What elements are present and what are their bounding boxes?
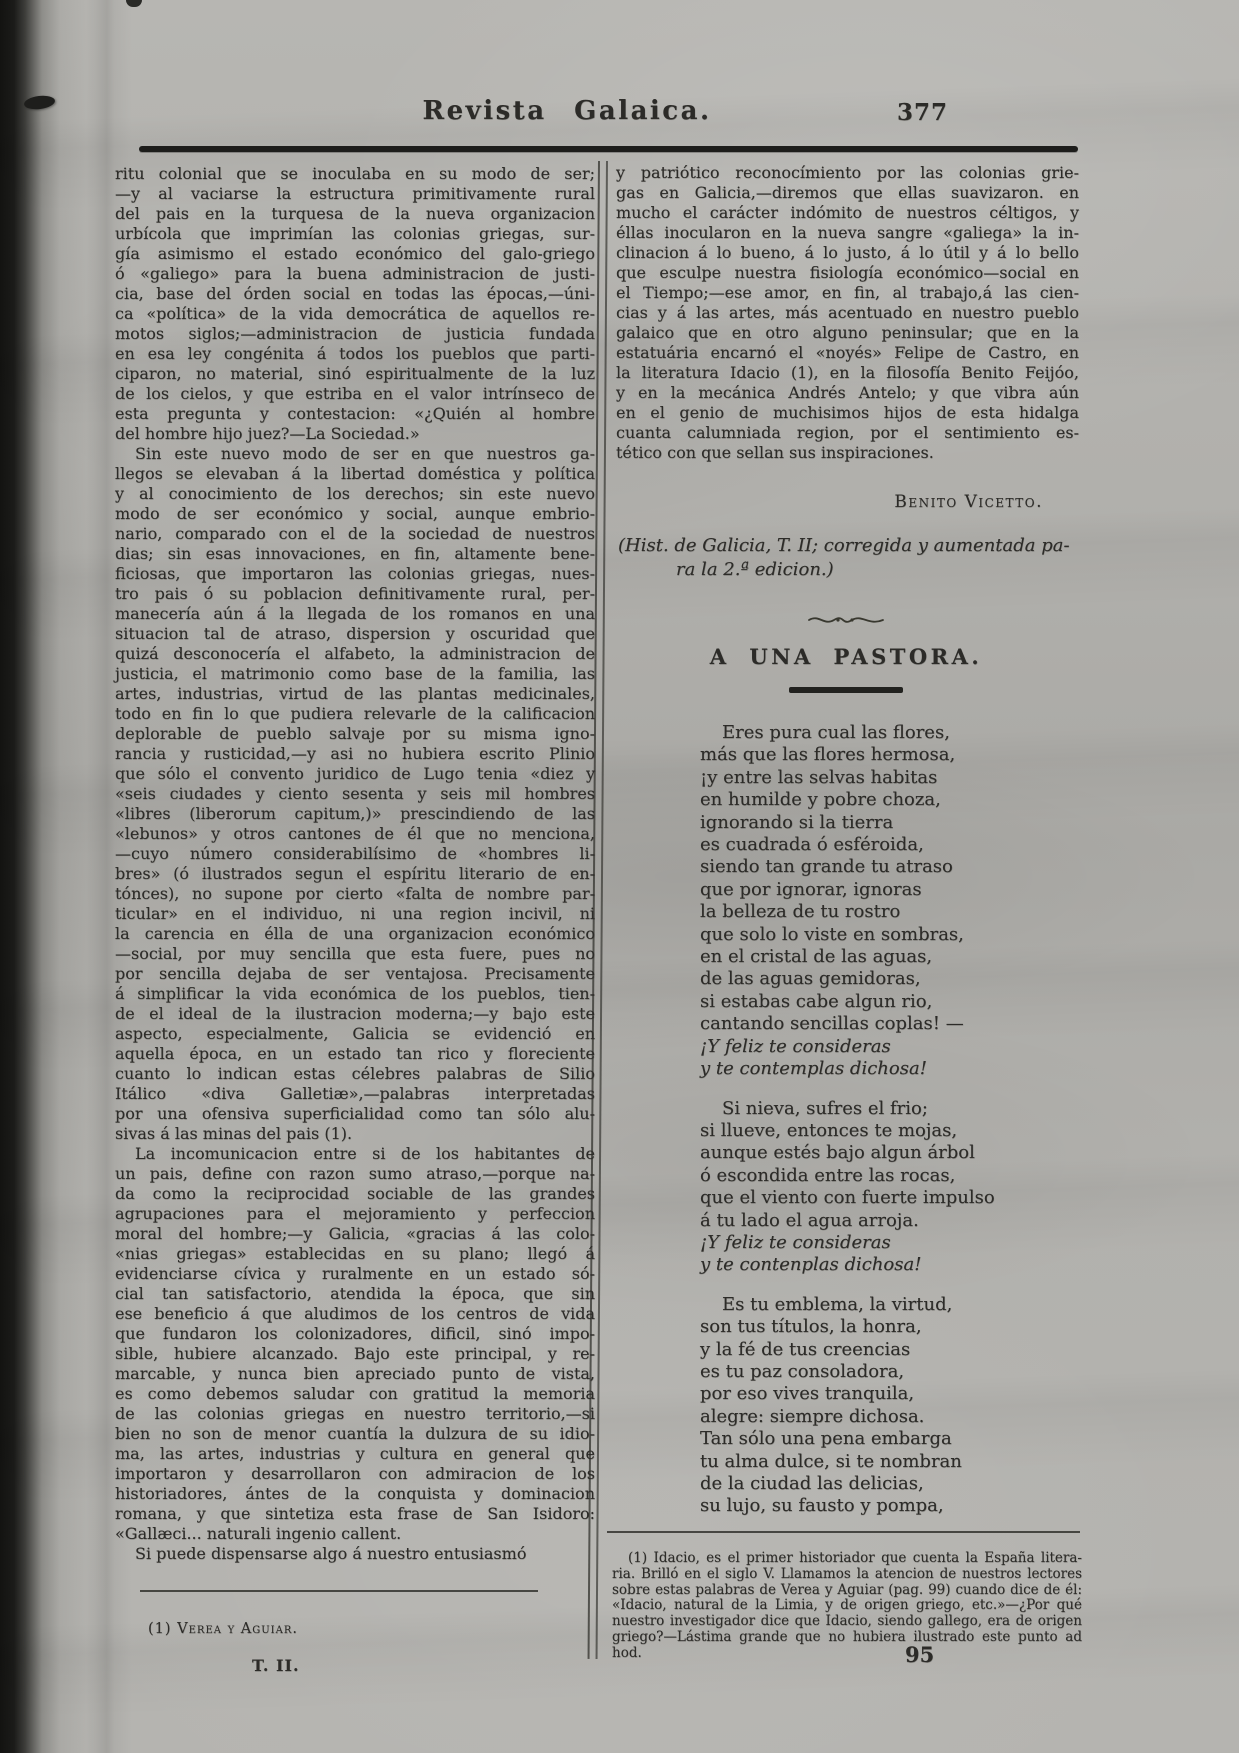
poem-body: Eres pura cual las flores,más que las fl… — [700, 722, 1070, 1535]
source-citation: (Hist. de Galicia, T. II; corregida y au… — [618, 534, 1080, 582]
poem-line: Es tu emblema, la virtud, — [700, 1294, 1070, 1316]
text-line: de los cielos, y que estriba en el valor… — [115, 384, 595, 404]
text-line: á simplificar la vida económica de los p… — [115, 984, 595, 1004]
footnote-line: nuestro investigador dice que Idacio, si… — [612, 1614, 1082, 1630]
text-line: Itálico «diva Galletiæ»,—palabras interp… — [115, 1084, 595, 1104]
text-line: esta pregunta y contestacion: «¿Quién al… — [115, 404, 595, 424]
poem-line: cantando sencillas coplas! — — [700, 1013, 1070, 1035]
text-line: y en la mecánica Andrés Antelo; y que vi… — [616, 383, 1079, 403]
text-line: romana, y que sintetiza esta frase de Sa… — [115, 1504, 595, 1524]
poem-line: de la ciudad las delicias, — [700, 1473, 1070, 1495]
text-line: moral del hombre;—y Galicia, «gracias á … — [115, 1224, 595, 1244]
poem-stanza: Eres pura cual las flores,más que las fl… — [700, 722, 1070, 1081]
footnote-line: «Idacio, natural de la Limia, y de orige… — [612, 1598, 1082, 1614]
poem-line: Si nieva, sufres el frio; — [700, 1098, 1070, 1120]
text-line: la carencia en élla de una organizacion … — [115, 924, 595, 944]
text-line: «libres (liberorum capitum,)» prescindie… — [115, 804, 595, 824]
poem-title: A UNA PASTORA. — [710, 644, 982, 669]
text-line: agrupaciones para el mejoramiento y perf… — [115, 1204, 595, 1224]
text-line: —y al vaciarse la estructura primitivame… — [115, 184, 595, 204]
text-line: por una ofensiva superficialidad como ta… — [115, 1104, 595, 1124]
text-line: ese beneficio á que aludimos de los cent… — [115, 1304, 595, 1324]
text-line: «nias griegas» establecidas en su plano;… — [115, 1244, 595, 1264]
text-line: «Gallæci... naturali ingenio callent. — [115, 1524, 595, 1544]
poem-title-rule — [789, 687, 903, 693]
text-line: cial tan satisfactorio, atendida la époc… — [115, 1284, 595, 1304]
poem-line: es tu paz consoladora, — [700, 1361, 1070, 1383]
footnote-line: (1) Idacio, es el primer historiador que… — [612, 1551, 1082, 1567]
text-line: cias y á las artes, más acentuado en nue… — [616, 303, 1079, 323]
text-line: del hombre hijo juez?—La Sociedad.» — [115, 424, 595, 444]
poem-line: ¡Y feliz te consideras — [700, 1232, 1070, 1254]
poem-line: y te contenplas dichosa! — [700, 1254, 1070, 1276]
journal-masthead: Revista Galaica. — [422, 96, 711, 126]
footnote-line: ria. Brilló en el siglo V. Llamamos la a… — [612, 1567, 1082, 1583]
text-line: cia, base del órden social en todas las … — [115, 284, 595, 304]
text-line: mucho el carácter indómito de nuestros c… — [616, 203, 1079, 223]
text-line: es como debemos saludar con gratitud la … — [115, 1384, 595, 1404]
poem-line: si estabas cabe algun rio, — [700, 991, 1070, 1013]
poem-line: ¡y entre las selvas habitas — [700, 767, 1070, 789]
text-line: el Tiempo;—ese amor, en fin, al trabajo,… — [616, 283, 1079, 303]
text-line: ticular» en el individuo, ni una region … — [115, 904, 595, 924]
text-line: modo de ser económico y social, aunque e… — [115, 504, 595, 524]
text-line: estatuária encarnó el «noyés» Felipe de … — [616, 343, 1079, 363]
poem-line: que solo lo viste en sombras, — [700, 924, 1070, 946]
text-line: de las colonias griegas en nuestro terri… — [115, 1404, 595, 1424]
right-footnote-rule — [607, 1531, 1080, 1533]
text-line: da como la reciprocidad sociable de las … — [115, 1184, 595, 1204]
text-line: clinacion á lo bueno, á lo justo, á lo ú… — [616, 243, 1079, 263]
text-line: y al conocimiento de los derechos; sin e… — [115, 484, 595, 504]
text-line: evidenciarse cívica y ruralmente en un e… — [115, 1264, 595, 1284]
text-line: gas en Galicia,—diremos que ellas suaviz… — [616, 183, 1079, 203]
poem-line: más que las flores hermosa, — [700, 744, 1070, 766]
text-line: Sin este nuevo modo de ser en que nuestr… — [115, 444, 595, 464]
text-line: y patriótico reconocímiento por las colo… — [616, 163, 1079, 183]
right-footnote: (1) Idacio, es el primer historiador que… — [612, 1551, 1082, 1662]
text-line: Si puede dispensarse algo á nuestro entu… — [115, 1544, 595, 1564]
header-rule — [139, 146, 1078, 152]
poem-line: son tus títulos, la honra, — [700, 1316, 1070, 1338]
text-line: aspecto, especialmente, Galicia se evide… — [115, 1024, 595, 1044]
text-line: sible, hubiere alcanzado. Bajo este prin… — [115, 1344, 595, 1364]
poem-line: y la fé de tus creencias — [700, 1339, 1070, 1361]
text-line: rancia y rusticidad,—y asi no hubiera es… — [115, 744, 595, 764]
text-line: manecería aún á la llegada de los romano… — [115, 604, 595, 624]
text-line: ó «galiego» para la buena administracion… — [115, 264, 595, 284]
text-line: quizá desconocería el alfabeto, la admin… — [115, 644, 595, 664]
text-line: deplorable de pueblo salvaje por su mism… — [115, 724, 595, 744]
text-line: artes, industrias, virtud de las plantas… — [115, 684, 595, 704]
text-line: tro pais ó su poblacion definitivamente … — [115, 584, 595, 604]
text-line: la literatura Idacio (1), en la filosofí… — [616, 363, 1079, 383]
text-line: en esa ley congénita á todos los pueblos… — [115, 344, 595, 364]
text-line: de el ideal de la ilustracion moderna;—y… — [115, 1004, 595, 1024]
text-line: nario, comparado con el de la sociedad d… — [115, 524, 595, 544]
text-line: en el genio de muchisimos hijos de esta … — [616, 403, 1079, 423]
poem-line: y te contemplas dichosa! — [700, 1058, 1070, 1080]
text-line: —social, por muy sencilla que esta fuere… — [115, 944, 595, 964]
poem-line: ignorando si la tierra — [700, 812, 1070, 834]
text-line: dias; sin esas innovaciones, en fin, alt… — [115, 544, 595, 564]
text-line: que fundaron los colonizadores, dificil,… — [115, 1324, 595, 1344]
poem-line: tu alma dulce, si te nombran — [700, 1451, 1070, 1473]
text-line: —cuyo número considerabilísimo de «hombr… — [115, 844, 595, 864]
poem-line: en el cristal de las aguas, — [700, 946, 1070, 968]
text-line: bres» (ó ilustrados segun el espíritu li… — [115, 864, 595, 884]
text-line: sivas á las minas del pais (1). — [115, 1124, 595, 1144]
text-line: ma, las artes, industrias y cultura en g… — [115, 1444, 595, 1464]
text-line: motos siglos;—administracion de justicia… — [115, 324, 595, 344]
poem-line: por eso vives tranquila, — [700, 1383, 1070, 1405]
text-line: tético con que sellan sus inspiraciones. — [616, 443, 1079, 463]
left-column-text: ritu colonial que se inoculaba en su mod… — [115, 164, 595, 1564]
text-line: aquella época, en un estado tan rico y f… — [115, 1044, 595, 1064]
poem-line: ¡Y feliz te consideras — [700, 1036, 1070, 1058]
text-line: ficiosas, que importaron las colonias gr… — [115, 564, 595, 584]
author-signature: Benito Vicetto. — [616, 492, 1079, 512]
text-line: situacion tal de atraso, dispersion y os… — [115, 624, 595, 644]
poem-line: la belleza de tu rostro — [700, 901, 1070, 923]
text-line: cuanta calumniada region, por el sentimi… — [616, 423, 1079, 443]
left-footnote: (1) Verea y Aguiar. — [148, 1621, 298, 1637]
text-line: éllas inocularon en la nueva sangre «gal… — [616, 223, 1079, 243]
text-line: urbícola que imprimían las colonias grie… — [115, 224, 595, 244]
poem-line: si llueve, entonces te mojas, — [700, 1120, 1070, 1142]
poem-line: Eres pura cual las flores, — [700, 722, 1070, 744]
signature-mark-number: 95 — [905, 1642, 934, 1667]
text-line: que esculpe nuestra fisiología económico… — [616, 263, 1079, 283]
poem-line: ó escondida entre las rocas, — [700, 1165, 1070, 1187]
text-line: justicia, el matrimonio como base de la … — [115, 664, 595, 684]
text-line: ciparon, no material, sinó espiritualmen… — [115, 364, 595, 384]
text-line: todo en fin lo que pudiera relevarle de … — [115, 704, 595, 724]
scanned-page: Revista Galaica. 377 ritu colonial que s… — [0, 0, 1239, 1753]
citation-line: (Hist. de Galicia, T. II; corregida y au… — [618, 534, 1080, 558]
text-line: importaron y desarrollaron con admiracio… — [115, 1464, 595, 1484]
text-line: que sólo el convento juridico de Lugo te… — [115, 764, 595, 784]
footnote-line: griego?—Lástima grande que no hubiera il… — [612, 1630, 1082, 1662]
poem-line: siendo tan grande tu atraso — [700, 856, 1070, 878]
text-line: del pais en la turquesa de la nueva orga… — [115, 204, 595, 224]
text-line: «lebunos» y otros cantones de él que no … — [115, 824, 595, 844]
text-line: «seis ciudades y ciento sesenta y seis m… — [115, 784, 595, 804]
footnote-line: sobre estas palabras de Verea y Aguiar (… — [612, 1583, 1082, 1599]
text-line: ca «política» de la vida democrática de … — [115, 304, 595, 324]
text-line: tónces), no supone por cierto «falta de … — [115, 884, 595, 904]
text-line: por sencilla dejaba de ser ventajosa. Pr… — [115, 964, 595, 984]
text-line: llegos se elevaban á la libertad domésti… — [115, 464, 595, 484]
poem-line: es cuadrada ó esféroida, — [700, 834, 1070, 856]
poem-line: Tan sólo una pena embarga — [700, 1428, 1070, 1450]
scan-artifact-mark — [126, 0, 142, 7]
volume-catchword: T. II. — [252, 1656, 300, 1675]
text-line: La incomunicacion entre si de los habita… — [115, 1144, 595, 1164]
text-line: galaico que en otro alguno peninsular; q… — [616, 323, 1079, 343]
text-line: marcable, y nunca bien apreciado punto d… — [115, 1364, 595, 1384]
poem-stanza: Si nieva, sufres el frio;si llueve, ento… — [700, 1098, 1070, 1277]
right-column-text: y patriótico reconocímiento por las colo… — [616, 163, 1079, 463]
poem-line: en humilde y pobre choza, — [700, 789, 1070, 811]
poem-line: de las aguas gemidoras, — [700, 968, 1070, 990]
text-line: un pais, define con razon sumo atraso,—p… — [115, 1164, 595, 1184]
poem-line: que el viento con fuerte impulso — [700, 1187, 1070, 1209]
citation-line: ra la 2.ª edicion.) — [676, 558, 1080, 582]
poem-line: su lujo, su fausto y pompa, — [700, 1495, 1070, 1517]
poem-line: á tu lado el agua arroja. — [700, 1210, 1070, 1232]
page-number-top: 377 — [897, 99, 948, 126]
text-line: gía asimismo el estado económico del gal… — [115, 244, 595, 264]
poem-line: alegre: siempre dichosa. — [700, 1406, 1070, 1428]
scan-gutter-shadow — [0, 0, 95, 1753]
poem-stanza: Es tu emblema, la virtud,son tus títulos… — [700, 1294, 1070, 1518]
left-footnote-rule — [140, 1590, 538, 1592]
flourish-divider-icon — [807, 612, 885, 632]
text-line: bien no son de menor cuantía la dulzura … — [115, 1424, 595, 1444]
text-line: ritu colonial que se inoculaba en su mod… — [115, 164, 595, 184]
text-line: cuanto lo indican estas célebres palabra… — [115, 1064, 595, 1084]
poem-line: que por ignorar, ignoras — [700, 879, 1070, 901]
text-line: historiadores, ántes de la conquista y d… — [115, 1484, 595, 1504]
poem-line: aunque estés bajo algun árbol — [700, 1142, 1070, 1164]
